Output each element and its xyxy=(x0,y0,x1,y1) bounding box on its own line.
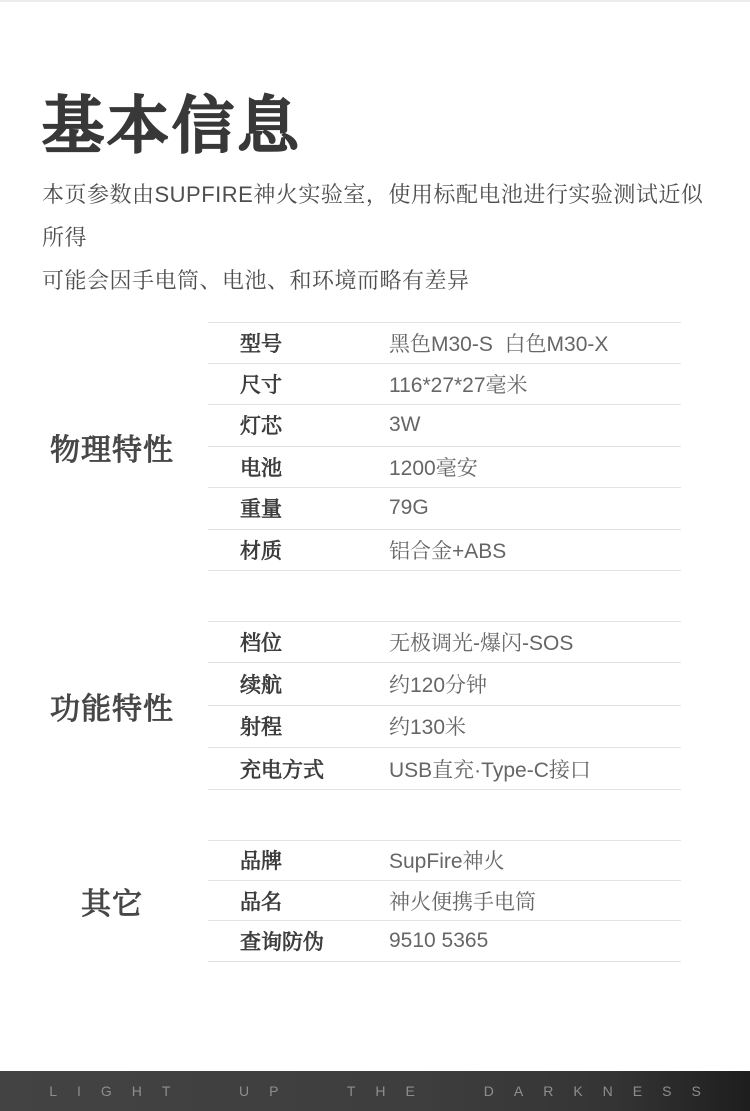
spec-label: 品名 xyxy=(208,886,389,916)
spec-row-charging: 充电方式 USB直充·Type-C接口 xyxy=(208,748,681,790)
spec-label: 档位 xyxy=(208,627,389,657)
spec-row-runtime: 续航 约120分钟 xyxy=(208,663,681,705)
spec-value: 9510 5365 xyxy=(389,929,681,953)
spec-row-model: 型号 黑色M30-S 白色M30-X xyxy=(208,322,681,364)
spec-value: 无极调光-爆闪-SOS xyxy=(389,627,681,657)
section-label-physical: 物理特性 xyxy=(0,322,208,571)
spec-value: 黑色M30-S 白色M30-X xyxy=(389,328,681,358)
spec-row-material: 材质 铝合金+ABS xyxy=(208,530,681,572)
spec-value: 约120分钟 xyxy=(389,669,681,699)
spec-row-range: 射程 约130米 xyxy=(208,706,681,748)
spec-label: 尺寸 xyxy=(208,369,389,399)
description-line-1: 本页参数由SUPFIRE神火实验室，使用标配电池进行实验测试近似所得 xyxy=(42,182,703,250)
spec-value: 神火便携手电筒 xyxy=(389,886,681,916)
spec-label: 电池 xyxy=(208,452,389,482)
top-divider xyxy=(0,0,750,2)
spec-row-anticounterfeit: 查询防伪 9510 5365 xyxy=(208,921,681,962)
spec-value: 约130米 xyxy=(389,711,681,741)
section-label-functional: 功能特性 xyxy=(0,621,208,790)
spec-row-weight: 重量 79G xyxy=(208,488,681,530)
spec-label: 充电方式 xyxy=(208,754,389,784)
spec-row-modes: 档位 无极调光-爆闪-SOS xyxy=(208,621,681,663)
spec-label: 型号 xyxy=(208,328,389,358)
spec-label: 品牌 xyxy=(208,845,389,875)
spec-value: 铝合金+ABS xyxy=(389,535,681,565)
section-other: 其它 品牌 SupFire神火 品名 神火便携手电筒 查询防伪 9510 536… xyxy=(0,840,750,962)
spec-row-battery: 电池 1200毫安 xyxy=(208,447,681,489)
spec-row-size: 尺寸 116*27*27毫米 xyxy=(208,364,681,406)
footer-slogan-text: LIGHT UP THE DARKNESS xyxy=(29,1083,721,1099)
description-line-2: 可能会因手电筒、电池、和环境而略有差异 xyxy=(42,268,470,293)
spec-label: 射程 xyxy=(208,711,389,741)
spec-value: 116*27*27毫米 xyxy=(389,369,681,399)
spec-table-functional: 档位 无极调光-爆闪-SOS 续航 约120分钟 射程 约130米 充电方式 U… xyxy=(208,621,681,790)
section-label-other: 其它 xyxy=(0,840,208,962)
spec-table-other: 品牌 SupFire神火 品名 神火便携手电筒 查询防伪 9510 5365 xyxy=(208,840,681,962)
spec-value: SupFire神火 xyxy=(389,845,681,875)
spec-label: 重量 xyxy=(208,493,389,523)
spec-row-led: 灯芯 3W xyxy=(208,405,681,447)
spec-table-physical: 型号 黑色M30-S 白色M30-X 尺寸 116*27*27毫米 灯芯 3W … xyxy=(208,322,681,571)
spec-value: 1200毫安 xyxy=(389,452,681,482)
spec-value: 3W xyxy=(389,413,681,437)
section-physical: 物理特性 型号 黑色M30-S 白色M30-X 尺寸 116*27*27毫米 灯… xyxy=(0,322,750,571)
spec-row-brand: 品牌 SupFire神火 xyxy=(208,840,681,881)
spec-label: 灯芯 xyxy=(208,410,389,440)
product-spec-page: 基本信息 本页参数由SUPFIRE神火实验室，使用标配电池进行实验测试近似所得 … xyxy=(0,0,750,1111)
spec-label: 材质 xyxy=(208,535,389,565)
spec-row-product-name: 品名 神火便携手电筒 xyxy=(208,881,681,922)
spec-label: 查询防伪 xyxy=(208,926,389,956)
spec-label: 续航 xyxy=(208,669,389,699)
spec-value: USB直充·Type-C接口 xyxy=(389,754,681,784)
section-functional: 功能特性 档位 无极调光-爆闪-SOS 续航 约120分钟 射程 约130米 充… xyxy=(0,621,750,790)
spec-value: 79G xyxy=(389,496,681,520)
page-title: 基本信息 xyxy=(42,76,302,165)
page-description: 本页参数由SUPFIRE神火实验室，使用标配电池进行实验测试近似所得 可能会因手… xyxy=(42,173,712,302)
footer-slogan-bar: LIGHT UP THE DARKNESS xyxy=(0,1071,750,1111)
